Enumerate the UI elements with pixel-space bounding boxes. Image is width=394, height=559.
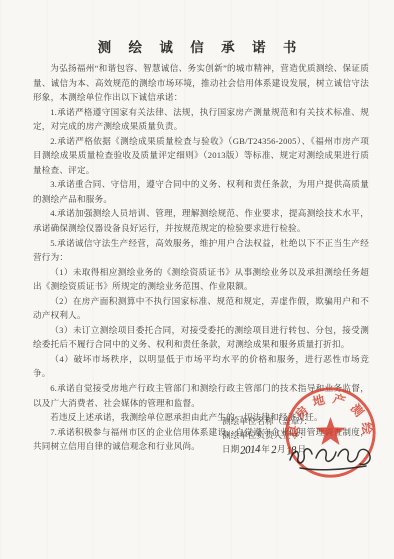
signer-label: 测绘单位负责人签字： [222,430,308,440]
unit-name-line: 测绘单位名称（盖章）： [222,414,312,428]
commitment-item-5-sub-1: （1）未取得相应测绘业务的《测绘资质证书》从事测绘业务以及承担测绘任务超出《测绘… [33,265,369,294]
commitment-item-5-sub-2: （2）在房产面积测算中不执行国家标准、规范和规定，弄虚作假，欺骗用户和不动产权利… [33,294,369,323]
commitment-item-5-sub-3: （3）未订立测绘项目委托合同，对接受委托的测绘项目进行转包、分包，接受测绘委托后… [33,323,369,352]
date-label: 日期 [222,444,239,454]
commitment-item-5-sub-4: （4）破坏市场秩序，以明显低于市场平均水平的价格和服务，进行恶性市场竞争。 [33,352,369,381]
day-suffix: 日 [297,444,306,454]
year-suffix: 年 [261,444,270,454]
signer-line: 测绘单位负责人签字： [222,428,312,442]
commitment-item-3: 3.承诺重合同、守信用，遵守合同中的义务、权利和责任条款，为用户提供高质量的测绘… [33,177,369,206]
commitment-item-5: 5.承诺诚信守法生产经营，高效服务，维护用户合法权益，杜绝以下不正当生产经营行为… [33,236,369,265]
handwritten-month: 2 [270,443,276,458]
date-line: 日期2014年2月18日 [222,442,312,456]
unit-name-label: 测绘单位名称（盖章）： [222,416,312,426]
document-title: 测 绘 诚 信 承 诺 书 [0,36,394,56]
liability-paragraph: 若违反上述承诺，我测绘单位愿承担由此产生的一切法律和经济责任。 [33,410,369,425]
commitment-item-1: 1.承诺严格遵守国家有关法律、法规，执行国家房产测量规范和有关技术标准、规定，对… [33,105,369,134]
commitment-item-6: 6.承诺自觉接受房地产行政主管部门和测绘行政主管部门的技术指导和业务监督，以及广… [33,381,369,410]
handwritten-year: 2014 [240,443,261,459]
signature-block: 测绘单位名称（盖章）： 测绘单位负责人签字： 日期2014年2月18日 [222,414,312,457]
scanned-document-page: 测 绘 诚 信 承 诺 书 为弘扬福州“和谐包容、智慧诚信、务实创新”的城市精神… [0,0,394,559]
intro-paragraph: 为弘扬福州“和谐包容、智慧诚信、务实创新”的城市精神，营造优质测绘、保证质量、诚… [33,61,369,105]
commitment-item-7: 7.承诺积极参与福州市区的企业信用体系建设，自觉遵守企业信用管理调查制度，共同树… [33,425,369,454]
commitment-item-2: 2.承诺严格依据《测绘成果质量检查与验收》（GB/T24356-2005）、《福… [33,134,369,178]
document-body: 为弘扬福州“和谐包容、智慧诚信、务实创新”的城市精神，营造优质测绘、保证质量、诚… [33,61,369,454]
month-suffix: 月 [277,444,286,454]
handwritten-day: 18 [286,444,298,459]
commitment-item-4: 4.承诺加强测绘人员培训、管理，理解测绘规范、作业要求，提高测绘技术水平，承诺确… [33,206,369,235]
